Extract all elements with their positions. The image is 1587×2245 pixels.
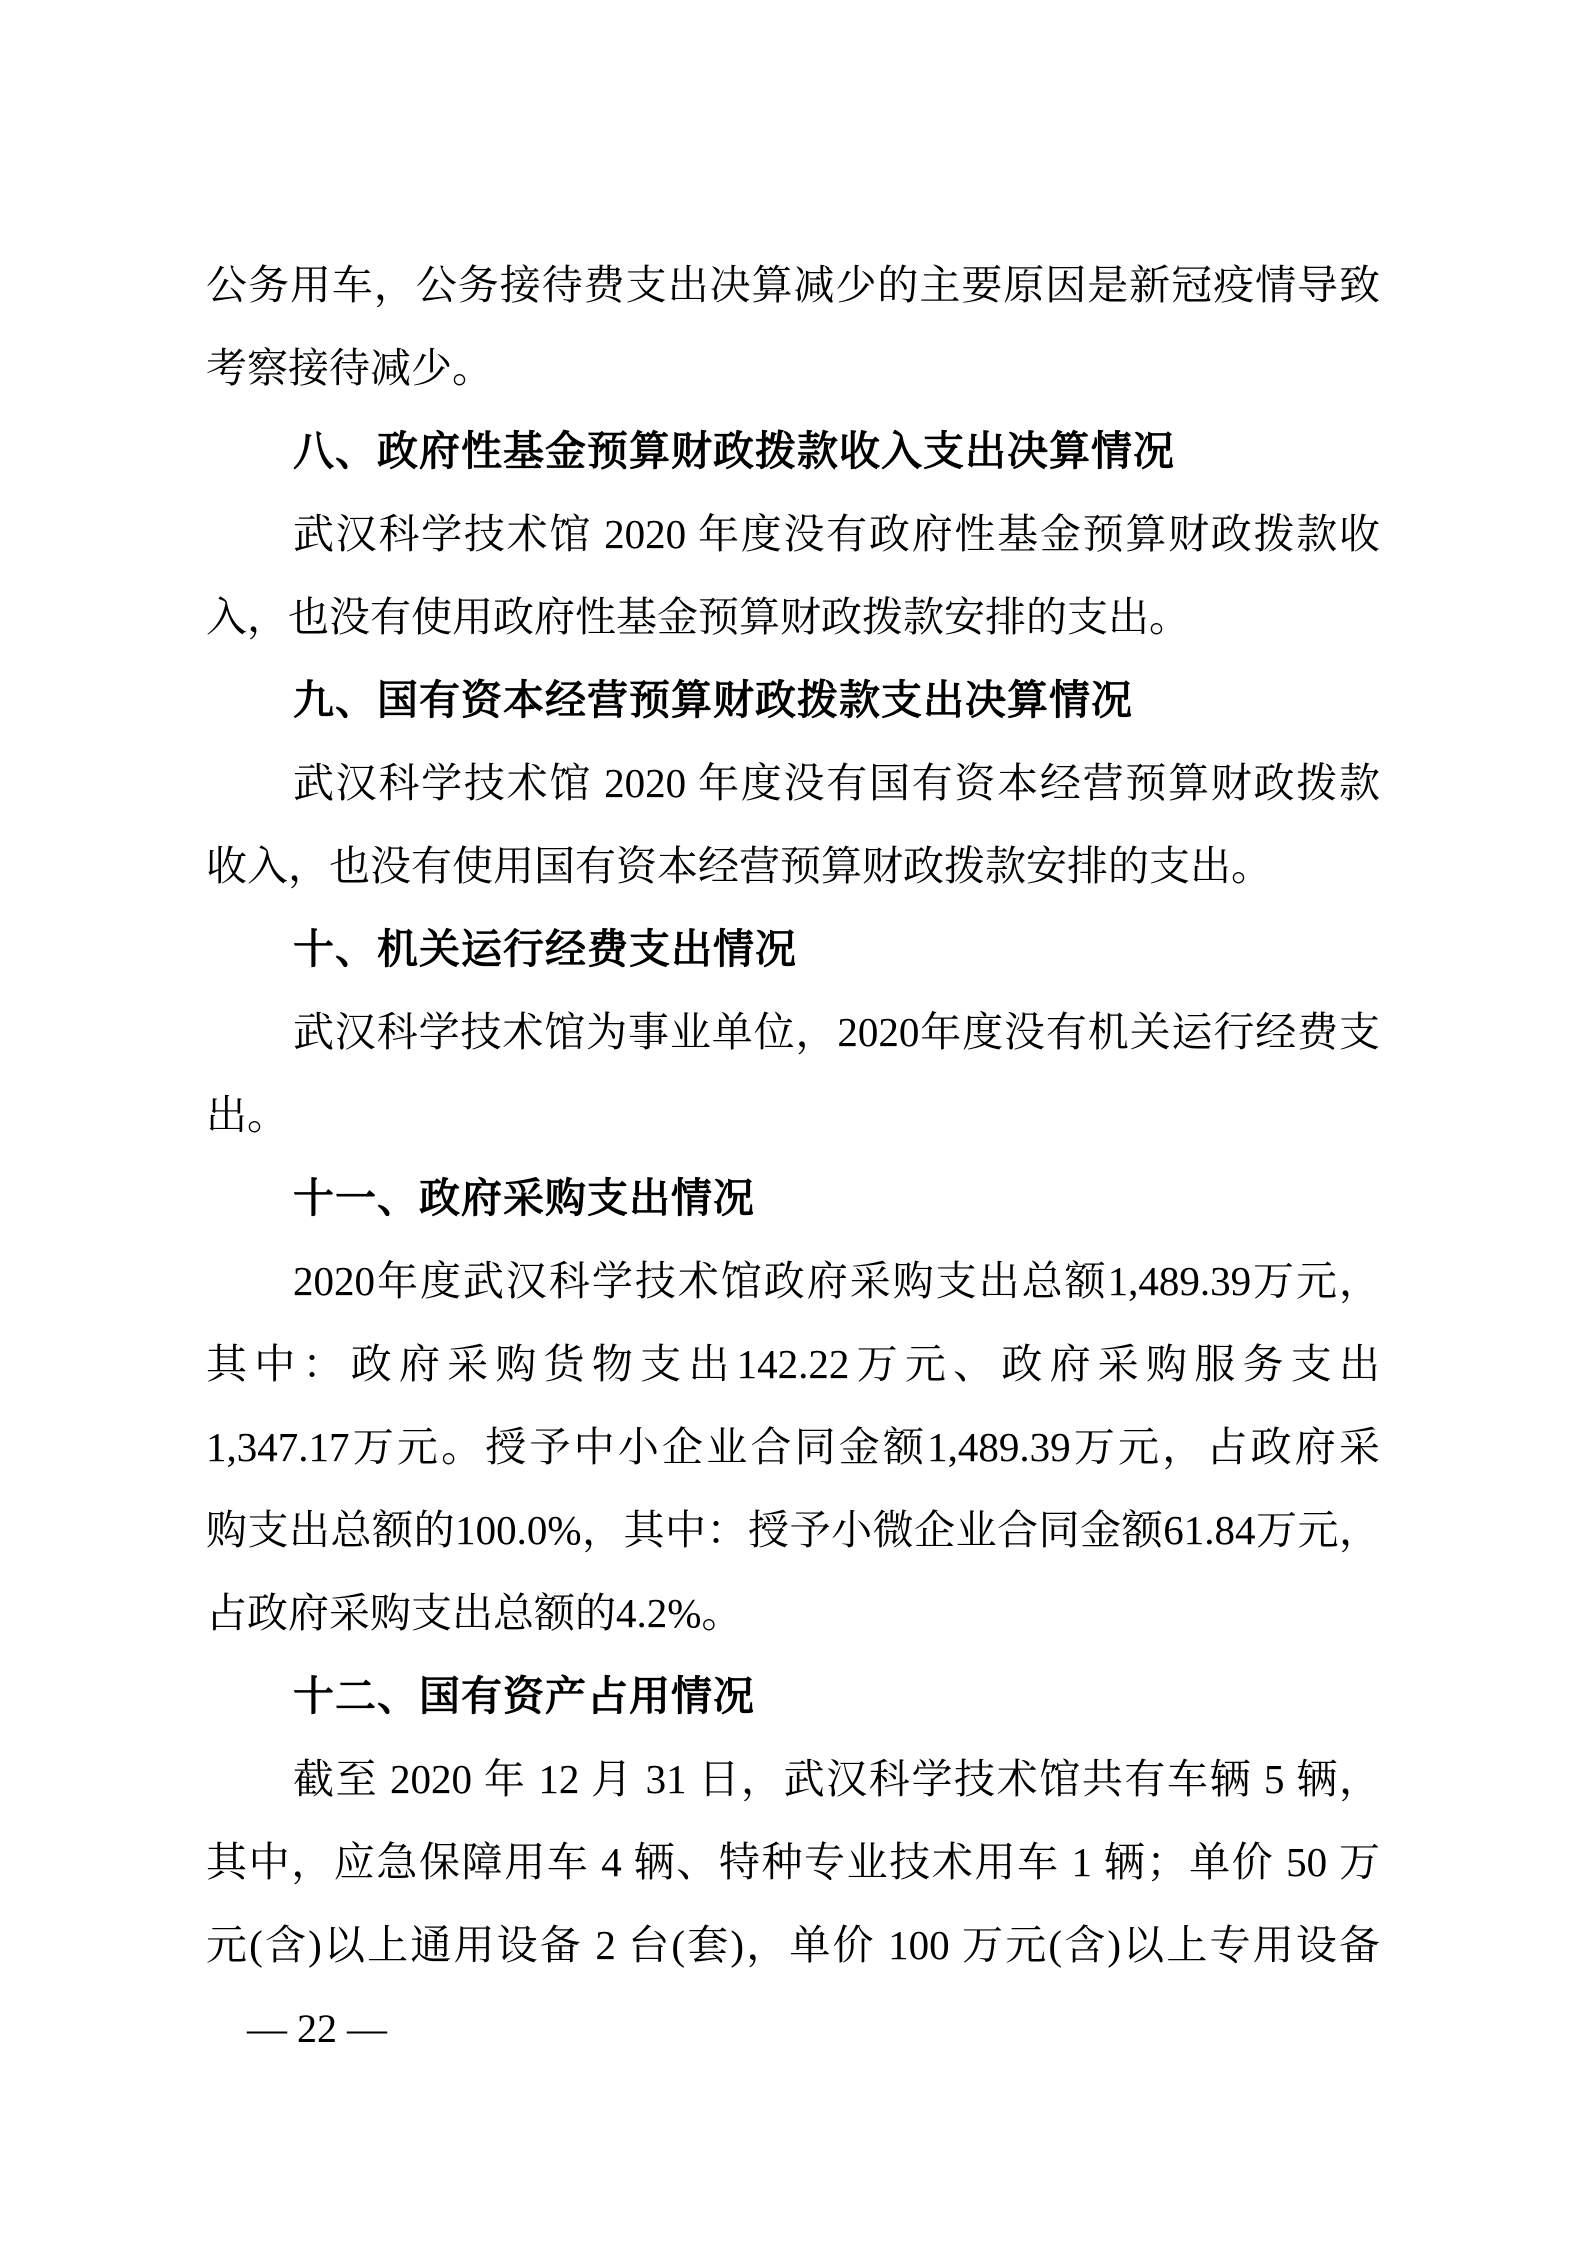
body-line: 购支出总额的100.0%，其中：授予小微企业合同金额61.84万元，	[206, 1489, 1380, 1572]
body-line: 武汉科学技术馆 2020 年度没有国有资本经营预算财政拨款	[206, 742, 1380, 825]
body-line: 截至 2020 年 12 月 31 日，武汉科学技术馆共有车辆 5 辆，	[206, 1738, 1380, 1821]
body-line: 2020年度武汉科学技术馆政府采购支出总额1,489.39万元，	[206, 1240, 1380, 1323]
body-line: 收入，也没有使用国有资本经营预算财政拨款安排的支出。	[206, 825, 1380, 908]
body-line: 入，也没有使用政府性基金预算财政拨款安排的支出。	[206, 576, 1380, 659]
body-line: 其中：政府采购货物支出142.22万元、政府采购服务支出	[206, 1323, 1380, 1406]
body-line: 占政府采购支出总额的4.2%。	[206, 1572, 1380, 1655]
heading-section-11: 十一、政府采购支出情况	[206, 1157, 1380, 1240]
heading-section-12: 十二、国有资产占用情况	[206, 1655, 1380, 1738]
body-line: 出。	[206, 1074, 1380, 1157]
document-page: 公务用车，公务接待费支出决算减少的主要原因是新冠疫情导致 考察接待减少。 八、政…	[0, 0, 1587, 2245]
body-line: 1,347.17万元。授予中小企业合同金额1,489.39万元，占政府采	[206, 1406, 1380, 1489]
heading-section-9: 九、国有资本经营预算财政拨款支出决算情况	[206, 659, 1380, 742]
heading-section-8: 八、政府性基金预算财政拨款收入支出决算情况	[206, 410, 1380, 493]
heading-section-10: 十、机关运行经费支出情况	[206, 908, 1380, 991]
body-line: 公务用车，公务接待费支出决算减少的主要原因是新冠疫情导致	[206, 244, 1380, 327]
body-line: 武汉科学技术馆 2020 年度没有政府性基金预算财政拨款收	[206, 493, 1380, 576]
body-line: 元(含)以上通用设备 2 台(套)，单价 100 万元(含)以上专用设备	[206, 1904, 1380, 1987]
body-line: 考察接待减少。	[206, 327, 1380, 410]
page-number: — 22 —	[247, 2005, 387, 2053]
body-line: 其中，应急保障用车 4 辆、特种专业技术用车 1 辆；单价 50 万	[206, 1821, 1380, 1904]
body-line: 武汉科学技术馆为事业单位，2020年度没有机关运行经费支	[206, 991, 1380, 1074]
